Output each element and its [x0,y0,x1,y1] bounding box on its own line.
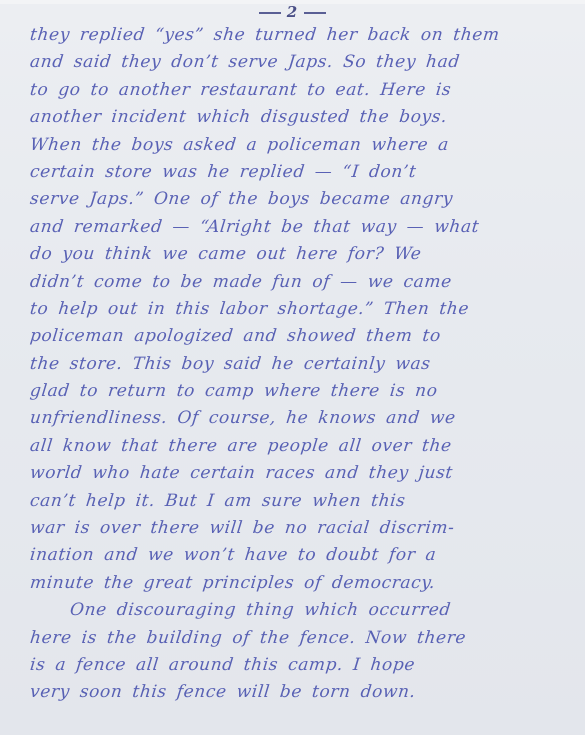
handwritten-line: When the boys asked a policeman where a [29,132,577,159]
handwritten-line: didn’t come to be made fun of — we came [29,269,577,296]
letter-page: 2 they replied “yes” she turned her back… [0,0,585,735]
handwritten-line: ination and we won’t have to doubt for a [29,542,577,569]
handwritten-line: unfriendliness. Of course, he knows and … [29,405,577,432]
handwritten-line: certain store was he replied — “I don’t [29,159,577,186]
handwritten-line: glad to return to camp where there is no [29,378,577,405]
handwritten-line: here is the building of the fence. Now t… [29,625,577,652]
handwritten-line: war is over there will be no racial disc… [29,515,577,542]
handwritten-line: the store. This boy said he certainly wa… [29,351,577,378]
handwritten-line: very soon this fence will be torn down. [29,679,577,706]
page-number-dash-right [304,12,326,14]
handwritten-line: another incident which disgusted the boy… [29,104,577,131]
handwritten-line: One discouraging thing which occurred [29,597,577,624]
handwritten-line: can’t help it. But I am sure when this [29,488,577,515]
page-number: 2 [0,3,585,21]
handwritten-line: they replied “yes” she turned her back o… [29,22,577,49]
handwritten-line: all know that there are people all over … [29,433,577,460]
handwritten-line: world who hate certain races and they ju… [29,460,577,487]
handwritten-line: and remarked — “Alright be that way — wh… [29,214,577,241]
handwritten-line: do you think we came out here for? We [29,241,577,268]
handwritten-line: minute the great principles of democracy… [29,570,577,597]
handwritten-line: and said they don’t serve Japs. So they … [29,49,577,76]
page-number-text: 2 [287,3,298,21]
handwritten-line: to help out in this labor shortage.” The… [29,296,577,323]
handwritten-line: to go to another restaurant to eat. Here… [29,77,577,104]
handwritten-line: policeman apologized and showed them to [29,323,577,350]
page-number-dash-left [259,12,281,14]
handwritten-line: is a fence all around this camp. I hope [29,652,577,679]
handwritten-body: they replied “yes” she turned her back o… [30,22,575,707]
handwritten-line: serve Japs.” One of the boys became angr… [29,186,577,213]
